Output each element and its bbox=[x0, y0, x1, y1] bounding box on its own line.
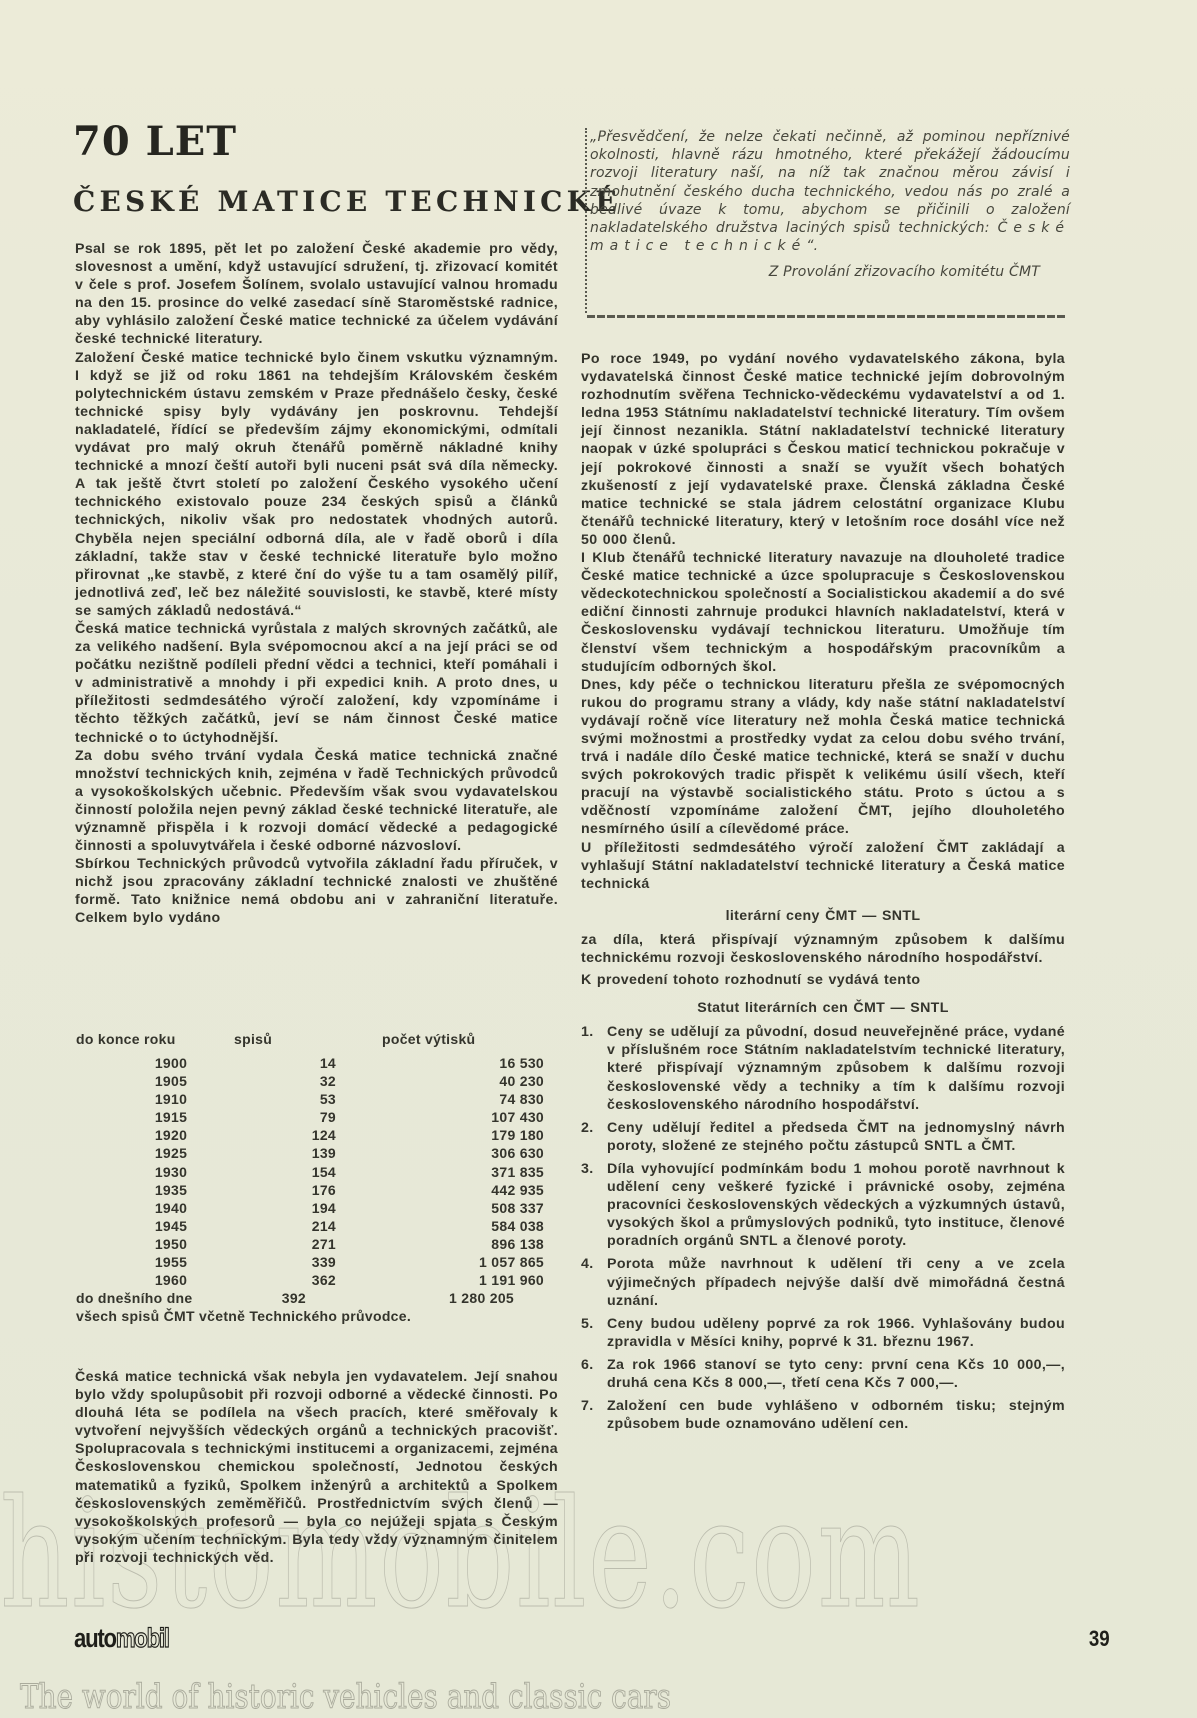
statute-number: 6. bbox=[581, 1356, 607, 1392]
table-row: 1950271896 138 bbox=[76, 1235, 546, 1253]
cell-copies: 896 138 bbox=[336, 1235, 544, 1253]
table-header: do konce roku spisů počet výtisků bbox=[76, 1030, 546, 1054]
statute-number: 2. bbox=[581, 1119, 607, 1155]
cell-year: 1900 bbox=[76, 1054, 236, 1072]
prize-text: za díla, která přispívají významným způs… bbox=[581, 931, 1065, 967]
cell-copies: 40 230 bbox=[336, 1072, 544, 1090]
cell-year: 1925 bbox=[76, 1144, 236, 1162]
cell-copies: 442 935 bbox=[336, 1181, 544, 1199]
cell-year: 1915 bbox=[76, 1108, 236, 1126]
statute-text: Ceny se udělují za původní, dosud neuveř… bbox=[607, 1023, 1065, 1113]
article-title: 70 LET bbox=[73, 122, 237, 162]
paragraph: U příležitosti sedmdesátého výročí založ… bbox=[581, 839, 1065, 893]
left-column: Psal se rok 1895, pět let po založení Če… bbox=[75, 240, 558, 928]
table-row: 19001416 530 bbox=[76, 1054, 546, 1072]
cell-titles: 194 bbox=[236, 1199, 336, 1217]
statute-text: Díla vyhovující podmínkám bodu 1 mohou p… bbox=[607, 1160, 1065, 1250]
cell-titles: 53 bbox=[236, 1090, 336, 1108]
cell-copies: 74 830 bbox=[336, 1090, 544, 1108]
statute-number: 7. bbox=[581, 1397, 607, 1433]
table-row: 19105374 830 bbox=[76, 1090, 546, 1108]
cell-titles: 124 bbox=[236, 1126, 336, 1144]
statute-item: 6.Za rok 1966 stanoví se tyto ceny: prvn… bbox=[581, 1356, 1065, 1392]
cell-titles: 14 bbox=[236, 1054, 336, 1072]
cell-titles: 154 bbox=[236, 1163, 336, 1181]
prize-heading: literární ceny ČMT — SNTL bbox=[581, 907, 1065, 925]
cell-year: 1945 bbox=[76, 1217, 236, 1235]
statute-number: 3. bbox=[581, 1160, 607, 1250]
page-number: 39 bbox=[1089, 1626, 1110, 1652]
statute-list: 1.Ceny se udělují za původní, dosud neuv… bbox=[581, 1023, 1065, 1433]
statute-text: Ceny udělují ředitel a předseda ČMT na j… bbox=[607, 1119, 1065, 1155]
cell-year: 1935 bbox=[76, 1181, 236, 1199]
statute-item: 1.Ceny se udělují za původní, dosud neuv… bbox=[581, 1023, 1065, 1113]
cell-titles: 271 bbox=[236, 1235, 336, 1253]
statute-number: 4. bbox=[581, 1255, 607, 1309]
founding-quote: „Přesvědčení, že nelze čekati nečinně, a… bbox=[590, 128, 1070, 282]
decision-text: K provedení tohoto rozhodnutí se vydává … bbox=[581, 971, 1065, 989]
table-row: 1920124179 180 bbox=[76, 1126, 546, 1144]
watermark-site: histomobile.com bbox=[0, 1480, 862, 1630]
table-row: 1930154371 835 bbox=[76, 1163, 546, 1181]
statute-heading: Statut literárních cen ČMT — SNTL bbox=[581, 999, 1065, 1017]
statute-number: 5. bbox=[581, 1315, 607, 1351]
publications-table: do konce roku spisů počet výtisků 190014… bbox=[76, 1030, 546, 1324]
table-total-row: do dnešního dne 392 1 280 205 bbox=[76, 1289, 546, 1307]
table-row: 19053240 230 bbox=[76, 1072, 546, 1090]
table-row: 1940194508 337 bbox=[76, 1199, 546, 1217]
paragraph: Dnes, kdy péče o technickou literaturu p… bbox=[581, 676, 1065, 839]
statute-item: 4.Porota může navrhnout k udělení tři ce… bbox=[581, 1255, 1065, 1309]
statute-item: 2.Ceny udělují ředitel a předseda ČMT na… bbox=[581, 1119, 1065, 1155]
watermark-tagline: The world of historic vehicles and class… bbox=[20, 1680, 671, 1714]
cell-copies: 1 191 960 bbox=[336, 1271, 544, 1289]
cell-copies: 584 038 bbox=[336, 1217, 544, 1235]
cell-year: 1910 bbox=[76, 1090, 236, 1108]
right-column: Po roce 1949, po vydání nového vydavatel… bbox=[581, 350, 1065, 1438]
paragraph: Založení České matice technické bylo čin… bbox=[75, 349, 558, 620]
statute-item: 3.Díla vyhovující podmínkám bodu 1 mohou… bbox=[581, 1160, 1065, 1250]
article-subtitle: ČESKÉ MATICE TECHNICKÉ bbox=[73, 188, 621, 216]
cell-year: 1940 bbox=[76, 1199, 236, 1217]
statute-text: Ceny budou uděleny poprvé za rok 1966. V… bbox=[607, 1315, 1065, 1351]
cell-year: 1920 bbox=[76, 1126, 236, 1144]
cell-titles: 362 bbox=[236, 1271, 336, 1289]
cell-copies: 306 630 bbox=[336, 1144, 544, 1162]
paragraph: Sbírkou Technických průvodců vytvořila z… bbox=[75, 855, 558, 927]
table-row: 19603621 191 960 bbox=[76, 1271, 546, 1289]
header-copies: počet výtisků bbox=[302, 1030, 522, 1054]
cell-titles: 214 bbox=[236, 1217, 336, 1235]
cell-year: 1960 bbox=[76, 1271, 236, 1289]
header-year: do konce roku bbox=[76, 1030, 234, 1054]
statute-text: Založení cen bude vyhlášeno v odborném t… bbox=[607, 1397, 1065, 1433]
cell-year: 1905 bbox=[76, 1072, 236, 1090]
cell-titles: 176 bbox=[236, 1181, 336, 1199]
table-row: 1935176442 935 bbox=[76, 1181, 546, 1199]
quote-border-bottom bbox=[587, 315, 1067, 318]
statute-item: 5.Ceny budou uděleny poprvé za rok 1966.… bbox=[581, 1315, 1065, 1351]
cell-titles: 139 bbox=[236, 1144, 336, 1162]
paragraph: Za dobu svého trvání vydala Česká matice… bbox=[75, 747, 558, 856]
cell-year: 1950 bbox=[76, 1235, 236, 1253]
cell-year: 1930 bbox=[76, 1163, 236, 1181]
cell-copies: 179 180 bbox=[336, 1126, 544, 1144]
cell-copies: 508 337 bbox=[336, 1199, 544, 1217]
statute-text: Za rok 1966 stanoví se tyto ceny: první … bbox=[607, 1356, 1065, 1392]
table-row: 1925139306 630 bbox=[76, 1144, 546, 1162]
cell-year: 1955 bbox=[76, 1253, 236, 1271]
statute-text: Porota může navrhnout k udělení tři ceny… bbox=[607, 1255, 1065, 1309]
cell-copies: 1 057 865 bbox=[336, 1253, 544, 1271]
table-footnote: všech spisů ČMT včetně Technického průvo… bbox=[76, 1308, 546, 1324]
paragraph: I Klub čtenářů technické literatury nava… bbox=[581, 549, 1065, 676]
statute-number: 1. bbox=[581, 1023, 607, 1113]
cell-copies: 371 835 bbox=[336, 1163, 544, 1181]
cell-titles: 339 bbox=[236, 1253, 336, 1271]
magazine-page: 70 LET ČESKÉ MATICE TECHNICKÉ „Přesvědče… bbox=[0, 0, 1197, 1718]
paragraph: Po roce 1949, po vydání nového vydavatel… bbox=[581, 350, 1065, 549]
quote-source: Z Provolání zřizovacího komitétu ČMT bbox=[590, 263, 1070, 281]
table-row: 1945214584 038 bbox=[76, 1217, 546, 1235]
cell-titles: 32 bbox=[236, 1072, 336, 1090]
header-titles: spisů bbox=[234, 1030, 302, 1054]
statute-item: 7.Založení cen bude vyhlášeno v odborném… bbox=[581, 1397, 1065, 1433]
paragraph: Česká matice technická vyrůstala z malýc… bbox=[75, 620, 558, 747]
cell-titles: 79 bbox=[236, 1108, 336, 1126]
table-row: 191579107 430 bbox=[76, 1108, 546, 1126]
table-row: 19553391 057 865 bbox=[76, 1253, 546, 1271]
cell-copies: 107 430 bbox=[336, 1108, 544, 1126]
paragraph: Psal se rok 1895, pět let po založení Če… bbox=[75, 240, 558, 349]
cell-copies: 16 530 bbox=[336, 1054, 544, 1072]
quote-text: „Přesvědčení, že nelze čekati nečinně, a… bbox=[590, 128, 1070, 255]
